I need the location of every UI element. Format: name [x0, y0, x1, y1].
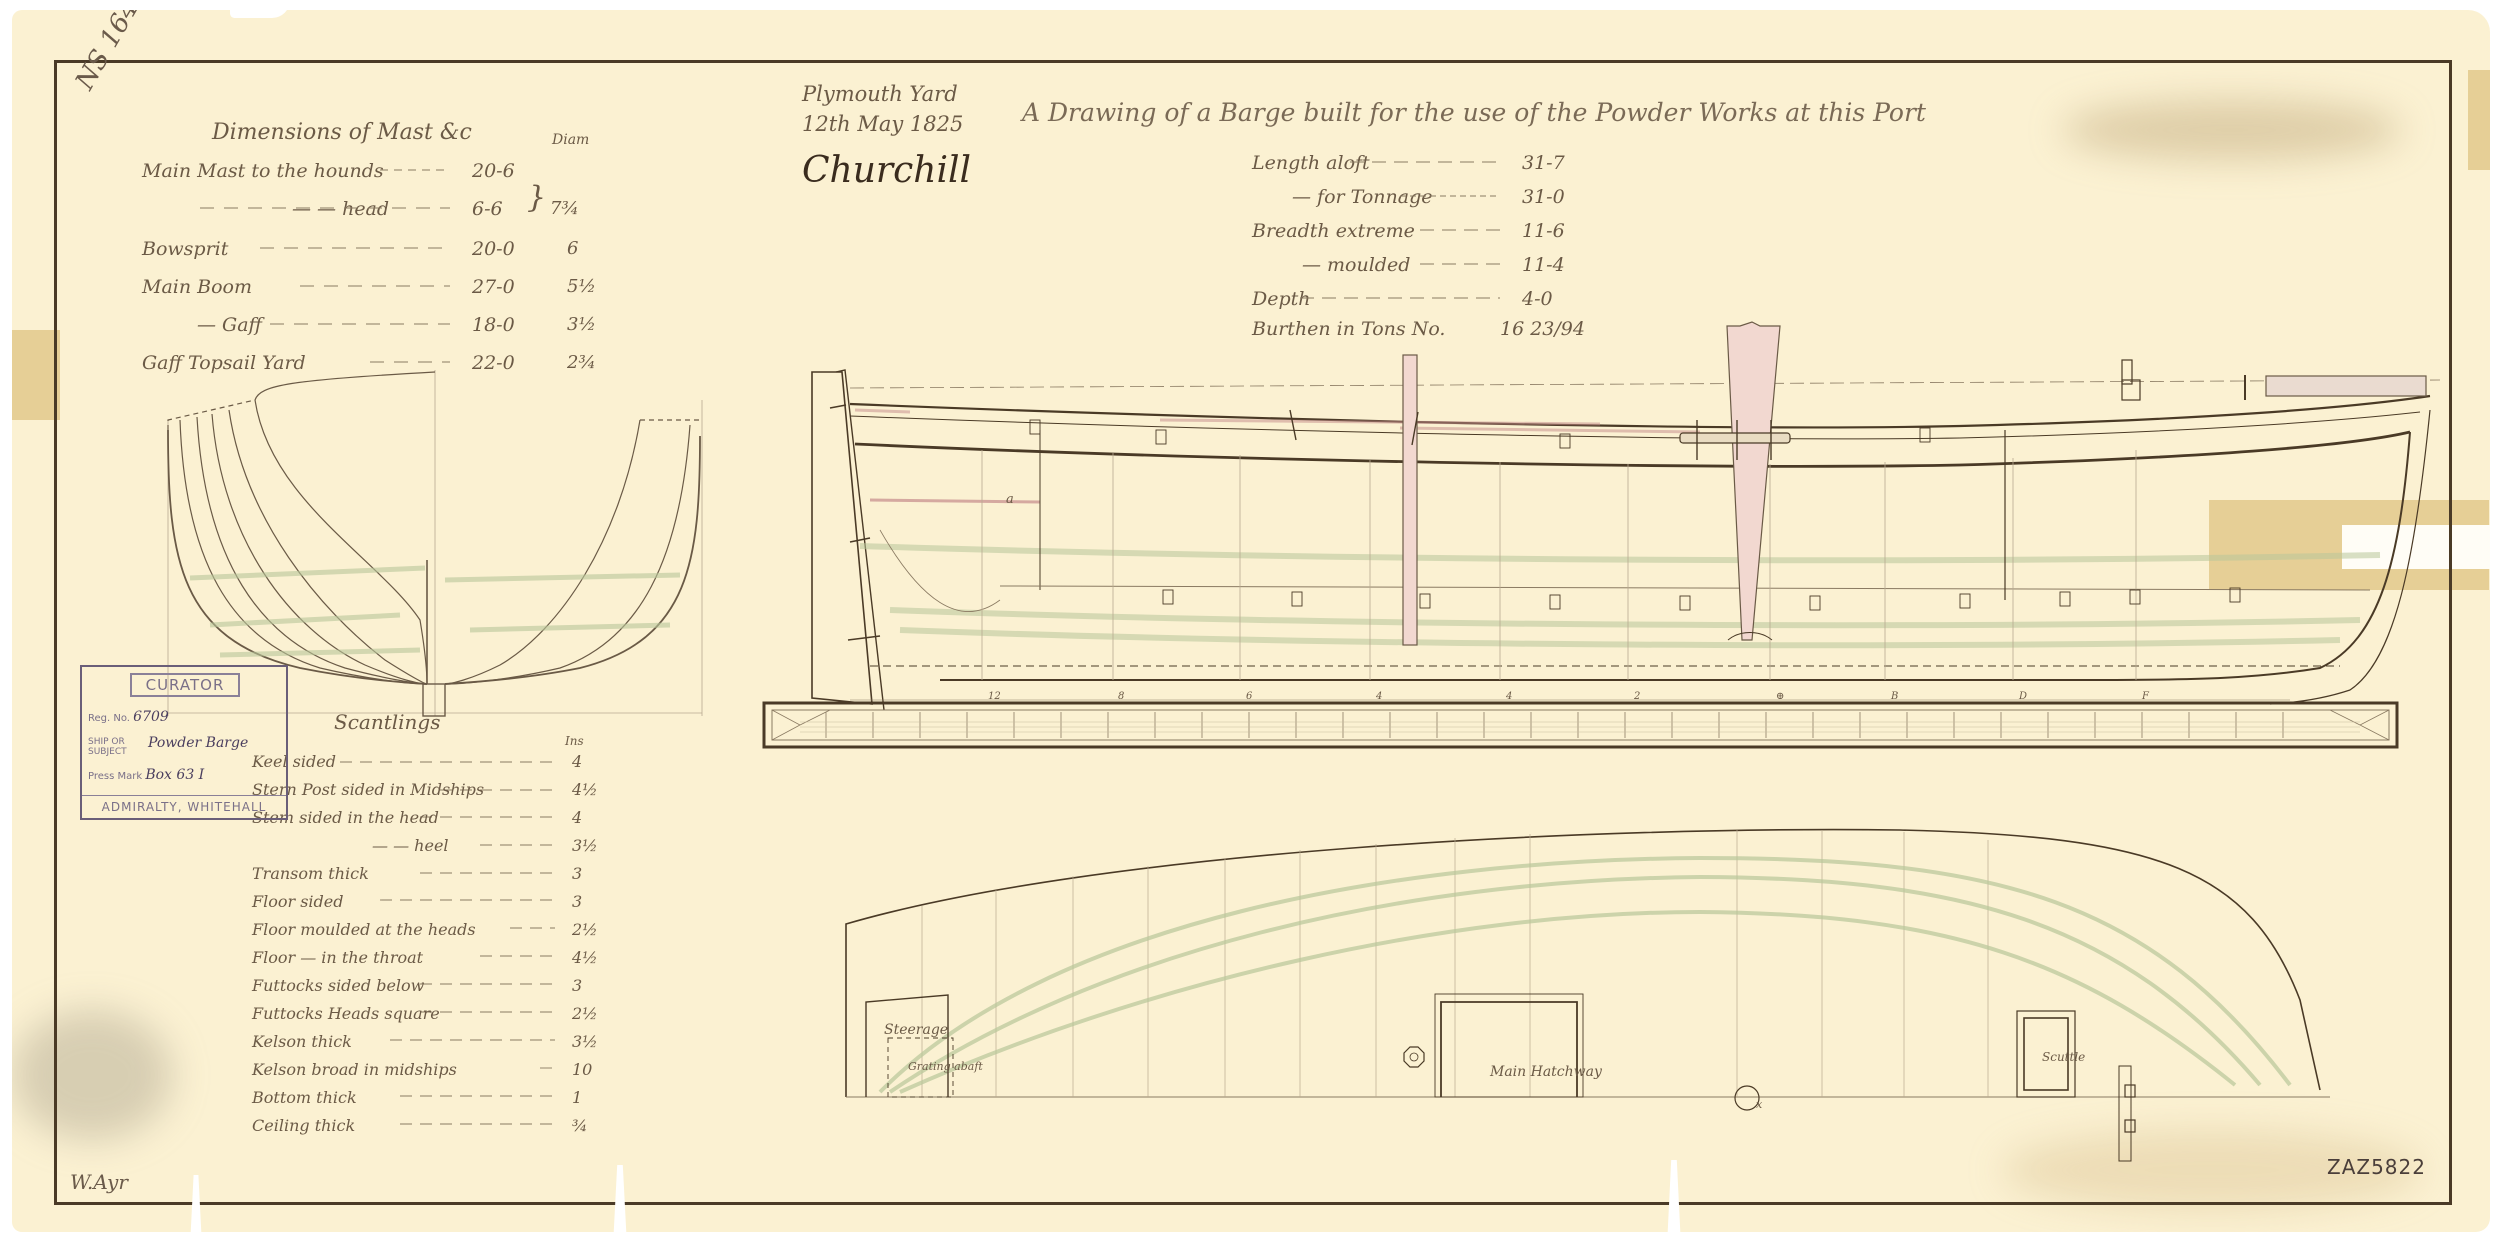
- scantling-value: 3½: [572, 1032, 598, 1051]
- station-mark: 4: [1376, 691, 1382, 702]
- scantling-label: Floor moulded at the heads: [252, 920, 476, 939]
- scantling-value: 3: [572, 864, 582, 883]
- scantling-value: ¾: [572, 1116, 588, 1135]
- reg-row: Reg. No. 6709: [88, 709, 169, 725]
- scantling-value: 4½: [572, 780, 598, 799]
- scantling-value: 3½: [572, 836, 598, 855]
- scantling-label: Floor — in the throat: [252, 948, 423, 967]
- sheer-profile: [812, 322, 2440, 710]
- scantling-value: 1: [572, 1088, 582, 1107]
- scantlings-heading: Scantlings: [334, 710, 440, 734]
- station-mark: 12: [988, 691, 1001, 702]
- scantling-value: 4: [572, 808, 582, 827]
- scantling-label: Ceiling thick: [252, 1116, 355, 1135]
- reg-label: Reg. No.: [88, 713, 130, 724]
- pump-mark: x: [1756, 1098, 1762, 1111]
- ship-drawing: [12, 10, 2490, 1232]
- curator-stamp-footer: ADMIRALTY, WHITEHALL: [82, 795, 286, 818]
- initials-mark: W.Ayr: [70, 1170, 128, 1194]
- scantling-value: 2½: [572, 920, 598, 939]
- scantling-label: Bottom thick: [252, 1088, 357, 1107]
- reference-number: ZAZ5822: [2327, 1155, 2426, 1179]
- station-mark: 8: [1118, 691, 1124, 702]
- mast-table-leaders: [200, 162, 1500, 362]
- station-mark: F: [2142, 691, 2149, 702]
- scantling-value: 3: [572, 976, 582, 995]
- deck-plan: [846, 830, 2330, 1161]
- curator-stamp-title: CURATOR: [130, 673, 240, 697]
- steerage-label: Steerage: [884, 1022, 948, 1038]
- subject-value: Powder Barge: [148, 735, 248, 751]
- station-mark: 4: [1506, 691, 1512, 702]
- scantling-value: 4: [572, 752, 582, 771]
- scantling-label: Futtocks sided below: [252, 976, 424, 995]
- press-label: Press Mark: [88, 771, 142, 782]
- paper-tear: [230, 0, 290, 18]
- scantlings-units: Ins: [565, 734, 584, 748]
- thwart-label: a: [1006, 492, 1014, 507]
- curator-stamp: CURATOR Reg. No. 6709 SHIP OR SUBJECT Po…: [80, 665, 288, 820]
- grating-label: Grating abaft: [908, 1060, 983, 1073]
- scantling-label: Futtocks Heads square: [252, 1004, 440, 1023]
- reg-value: 6709: [133, 709, 169, 725]
- scantling-label: — — heel: [372, 836, 449, 855]
- main-hatchway-label: Main Hatchway: [1490, 1064, 1602, 1080]
- scantling-label: Kelson thick: [252, 1032, 352, 1051]
- scantling-label: Transom thick: [252, 864, 369, 883]
- drawing-sheet: NS 164 Dimensions of Mast &c Diam Main M…: [12, 10, 2490, 1232]
- scale-bar: [764, 703, 2397, 747]
- scantling-value: 4½: [572, 948, 598, 967]
- station-mark: 2: [1634, 691, 1640, 702]
- scantling-label: Floor sided: [252, 892, 344, 911]
- scantling-value: 3: [572, 892, 582, 911]
- scantling-value: 2½: [572, 1004, 598, 1023]
- station-mark: ⊕: [1776, 691, 1784, 702]
- press-value: Box 63 I: [145, 767, 204, 783]
- station-mark: 6: [1246, 691, 1252, 702]
- station-mark: B: [1891, 691, 1898, 702]
- scantling-value: 10: [572, 1060, 592, 1079]
- press-row: Press Mark Box 63 I: [88, 767, 204, 783]
- subject-row: Powder Barge: [148, 735, 248, 751]
- scantling-label: Kelson broad in midships: [252, 1060, 457, 1079]
- scuttle-label: Scuttle: [2042, 1050, 2085, 1064]
- station-mark: D: [2019, 691, 2027, 702]
